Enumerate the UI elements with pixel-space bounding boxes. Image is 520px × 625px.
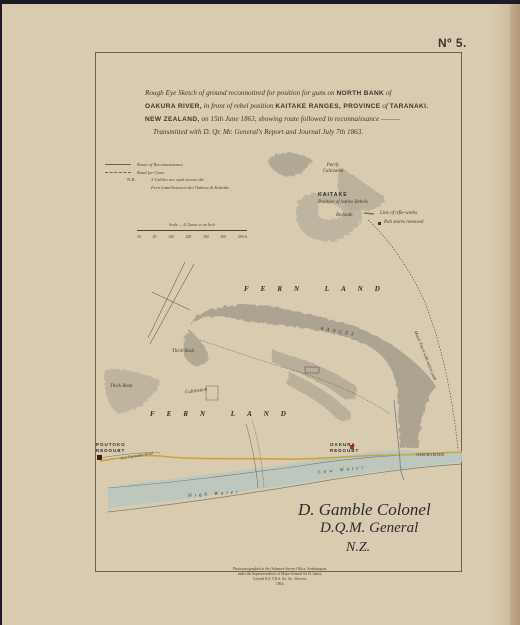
signature-place: N.Z. [298,538,431,557]
signature: D. Gamble Colonel D.Q.M. General N.Z. [298,500,431,557]
label-kaitake-redoubt: Redoubt [336,213,353,218]
label-oakura-river: OAKURA RIVER [416,452,444,457]
thick-bush-left [104,370,160,414]
rifle-pits-line [364,213,374,214]
label-fern-land-left: FERN LAND [150,410,298,418]
label-kaitake-position: Position of native Rebels [318,200,368,205]
label-partly-cultivated: Partly Cultivated [318,163,348,175]
label-kaitake: KAITAKE [318,192,348,198]
ranges-ridge [183,304,436,448]
imprint-line: 1864. [218,582,342,587]
label-poutoko-redoubt: POUTOKO REDOUBT [96,442,124,454]
label-thick-bush-left: Thick Bush [110,384,134,390]
label-rifle-pits: Line of rifle-works [380,211,417,216]
label-pah-stores: Pah stores removed [384,220,423,225]
label-fern-land-top: FERN LAND [244,285,392,293]
meridian-lines [148,262,194,344]
signature-rank: D.Q.M. General [298,519,431,538]
label-oakura-redoubt: OAKURA REDOUBT [330,442,352,454]
poutoko-redoubt-icon [97,455,102,460]
pah-marker-icon [378,222,381,225]
label-thick-bush: Thick Bush [172,349,194,354]
imprint: Photozincographed at the Ordnance Survey… [218,567,342,587]
signature-name: D. Gamble Colonel [298,500,431,519]
cultivation-plot [206,386,218,400]
map-drawing [0,0,520,625]
